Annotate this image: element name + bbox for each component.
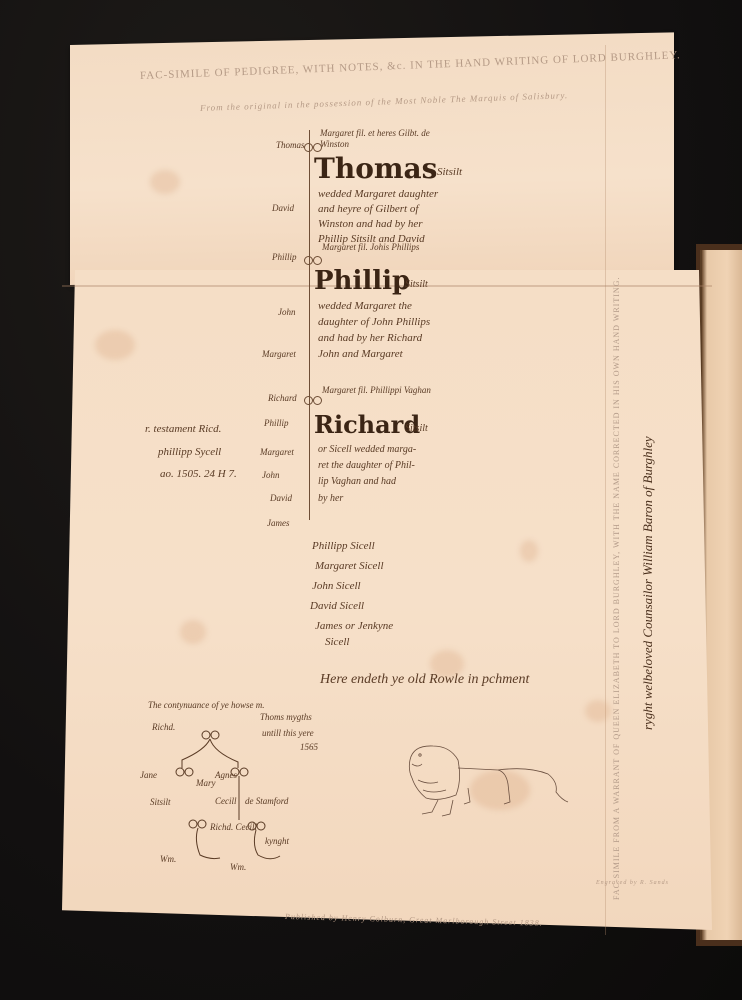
spouse-note: Margaret fil. Johis Phillips bbox=[322, 242, 432, 253]
vertical-fold-crease bbox=[605, 45, 606, 935]
pedigree-node bbox=[304, 143, 313, 152]
entry-text: wedded Margaret the bbox=[318, 300, 412, 312]
left-name: Margaret bbox=[262, 349, 296, 359]
sketch-name: Agnes bbox=[214, 770, 237, 780]
entry-text: or Sicell wedded marga- bbox=[318, 444, 416, 455]
spouse-note: Margaret fil. et heres Gilbt. de Winston bbox=[320, 128, 430, 150]
margin-note: ao. 1505. 24 H 7. bbox=[160, 468, 237, 480]
sketch-name: Wm. bbox=[160, 854, 176, 864]
entry-text: ret the daughter of Phil- bbox=[318, 460, 415, 471]
warrant-handwriting: ryght welbeloved Counsailor William Baro… bbox=[640, 436, 656, 730]
margin-note: r. testament Ricd. bbox=[145, 423, 221, 435]
sketch-name: Mary bbox=[195, 778, 216, 788]
child-name: Phillipp Sicell bbox=[312, 540, 375, 552]
child-name: Sicell bbox=[325, 636, 349, 648]
left-name: John bbox=[278, 307, 296, 317]
entry-text: wedded Margaret daughter bbox=[318, 188, 438, 200]
margin-note: phillipp Sycell bbox=[158, 446, 221, 458]
sketch-name: Sitsilt bbox=[150, 797, 171, 807]
sketch-family-tree: Richd. Jane Sitsilt Mary Agnes Cecill de… bbox=[110, 690, 360, 880]
entry-text: and heyre of Gilbert of bbox=[318, 203, 418, 215]
closing-line: Here endeth ye old Rowle in pchment bbox=[320, 672, 529, 688]
head-surname: Sitsilt bbox=[405, 279, 428, 290]
sketch-name: Wm. bbox=[230, 862, 246, 872]
child-name: Margaret Sicell bbox=[315, 560, 384, 572]
pedigree-node bbox=[304, 396, 313, 405]
entry-text: Winston and had by her bbox=[318, 218, 423, 230]
pedigree-node bbox=[313, 396, 322, 405]
warrant-caption: FAC-SIMILE FROM A WARRANT OF QUEEN ELIZA… bbox=[612, 277, 621, 900]
left-name: David bbox=[272, 203, 294, 213]
left-name: Phillip bbox=[272, 252, 297, 262]
pedigree-node bbox=[313, 256, 322, 265]
foxing-stain bbox=[585, 700, 611, 722]
head-name: Thomas bbox=[314, 152, 437, 185]
entry-text: daughter of John Phillips bbox=[318, 316, 430, 328]
head-surname: Sitsilt bbox=[437, 166, 462, 178]
left-name: John bbox=[262, 470, 280, 480]
foxing-stain bbox=[150, 170, 180, 194]
left-name: David bbox=[270, 493, 292, 503]
sketch-name: Cecill bbox=[215, 796, 237, 806]
child-name: James or Jenkyne bbox=[315, 620, 393, 632]
sketch-name: kynght bbox=[265, 836, 289, 846]
pedigree-trunk-line bbox=[309, 130, 310, 520]
foxing-stain bbox=[180, 620, 206, 644]
pedigree-node bbox=[304, 256, 313, 265]
sketch-name: Richd. Cecill bbox=[209, 822, 257, 832]
sketch-name: Richd. bbox=[151, 722, 175, 732]
head-name: Phillip bbox=[314, 266, 410, 296]
left-name: James bbox=[267, 518, 290, 528]
left-name: Richard bbox=[268, 393, 297, 403]
child-name: John Sicell bbox=[312, 580, 361, 592]
engraver-credit: Engraved by R. Sands bbox=[596, 880, 669, 886]
left-name: Thomas bbox=[276, 140, 305, 150]
entry-text: lip Vaghan and had bbox=[318, 476, 396, 487]
sketch-name: de Stamford bbox=[245, 796, 289, 806]
entry-text: John and Margaret bbox=[318, 348, 403, 360]
head-surname: Sitsilt bbox=[405, 423, 428, 434]
foxing-stain bbox=[520, 540, 538, 562]
left-name: Phillip bbox=[264, 418, 289, 428]
sketch-name: Jane bbox=[140, 770, 157, 780]
entry-text: by her bbox=[318, 493, 343, 504]
lion-sketch-icon bbox=[398, 740, 578, 830]
entry-text: and had by her Richard bbox=[318, 332, 422, 344]
foxing-stain bbox=[95, 330, 135, 360]
child-name: David Sicell bbox=[310, 600, 364, 612]
spouse-note: Margaret fil. Phillippi Vaghan bbox=[322, 385, 432, 396]
left-name: Margaret bbox=[260, 447, 294, 457]
